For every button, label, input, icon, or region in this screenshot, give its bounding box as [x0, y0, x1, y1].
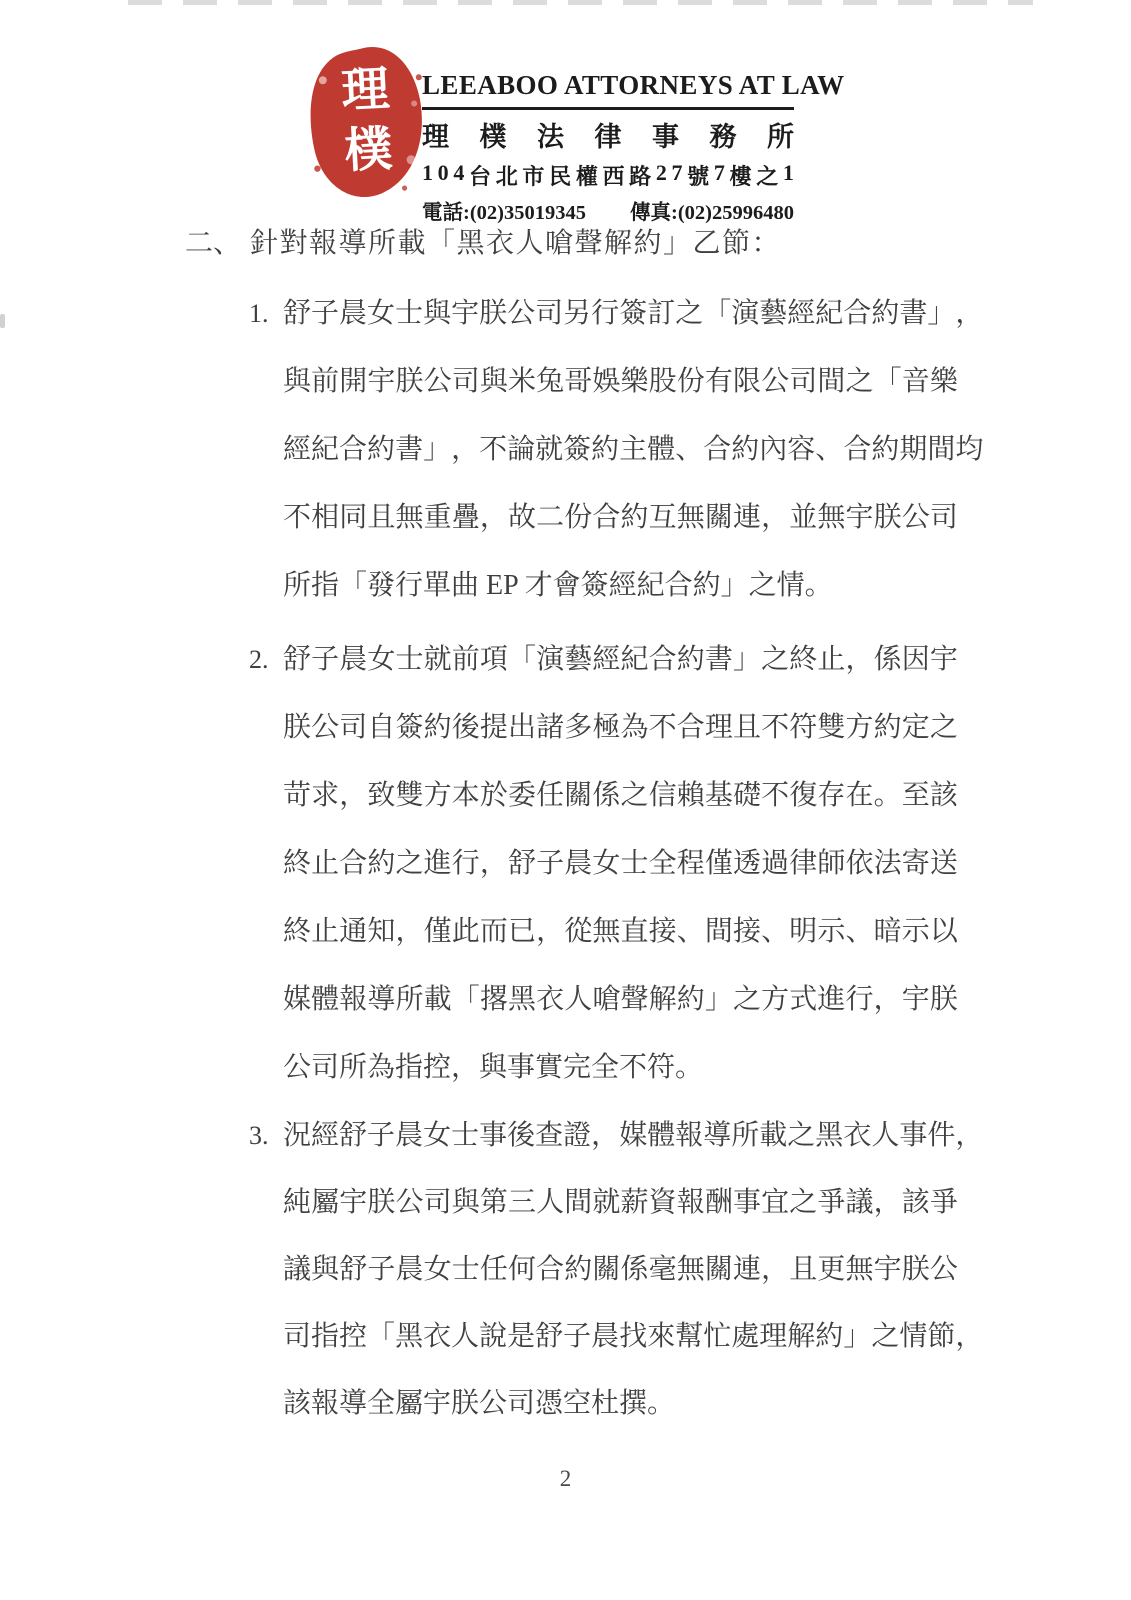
section-title: 針對報導所載「黑衣人嗆聲解約」乙節： — [250, 228, 781, 259]
page-number: 2 — [0, 1466, 1131, 1492]
letterhead-rule — [422, 107, 794, 110]
list-item-2: 2. 舒子晨女士就前項「演藝經紀合約書」之終止，係因宇 朕公司自簽約後提出諸多極… — [283, 626, 958, 1102]
text-line: 朕公司自簽約後提出諸多極為不合理且不符雙方約定之 — [283, 694, 958, 762]
text-line: 終止通知，僅此而已，從無直接、間接、明示、暗示以 — [283, 898, 958, 966]
firm-name-zh: 理樸法律事務所 — [422, 115, 794, 154]
list-item-3: 3. 況經舒子晨女士事後查證，媒體報導所載之黑衣人事件， 純屬宇朕公司與第三人間… — [283, 1102, 958, 1437]
item-number: 3. — [249, 1102, 269, 1169]
section-number: 二、 — [185, 214, 250, 274]
firm-name-en: LEEABOO ATTORNEYS AT LAW — [422, 70, 794, 101]
text-line: 苛求，致雙方本於委任關係之信賴基礎不復存在。至該 — [283, 762, 958, 830]
document-page: 理 樸 LEEABOO ATTORNEYS AT LAW 理樸法律事務所 104… — [0, 0, 1131, 1600]
firm-address: 104台北市民權西路27號7樓之1 — [422, 160, 794, 191]
text-line: 該報導全屬宇朕公司憑空杜撰。 — [283, 1370, 958, 1437]
letterhead-text: LEEABOO ATTORNEYS AT LAW 理樸法律事務所 104台北市民… — [422, 70, 794, 225]
text-line: 媒體報導所載「撂黑衣人嗆聲解約」之方式進行，宇朕 — [283, 966, 958, 1034]
text-line: 不相同且無重疊，故二份合約互無關連，並無宇朕公司 — [283, 484, 958, 552]
text-line: 經紀合約書」，不論就簽約主體、合約內容、合約期間均 — [283, 416, 958, 484]
text-line: 公司所為指控，與事實完全不符。 — [283, 1034, 958, 1102]
text-line: 終止合約之進行，舒子晨女士全程僅透過律師依法寄送 — [283, 830, 958, 898]
seal-char-top: 理 — [340, 63, 391, 118]
text-line: 況經舒子晨女士事後查證，媒體報導所載之黑衣人事件， — [283, 1102, 958, 1169]
text-line: 與前開宇朕公司與米兔哥娛樂股份有限公司間之「音樂 — [283, 348, 958, 416]
text-line: 舒子晨女士就前項「演藝經紀合約書」之終止，係因宇 — [283, 626, 958, 694]
scan-artifact-left — [0, 314, 5, 328]
seal-char-bottom: 樸 — [343, 123, 394, 178]
text-line: 司指控「黑衣人說是舒子晨找來幫忙處理解約」之情節， — [283, 1303, 958, 1370]
list-item-1: 1. 舒子晨女士與宇朕公司另行簽訂之「演藝經紀合約書」， 與前開宇朕公司與米兔哥… — [283, 280, 958, 620]
section-heading: 二、針對報導所載「黑衣人嗆聲解約」乙節： — [185, 214, 781, 274]
text-line: 舒子晨女士與宇朕公司另行簽訂之「演藝經紀合約書」， — [283, 280, 958, 348]
item-number: 1. — [249, 280, 269, 348]
firm-seal-icon: 理 樸 — [303, 42, 431, 200]
text-line: 議與舒子晨女士任何合約關係毫無關連，且更無宇朕公 — [283, 1236, 958, 1303]
scan-artifact-top — [128, 0, 1033, 5]
text-line: 所指「發行單曲 EP 才會簽經紀合約」之情。 — [283, 552, 958, 620]
item-number: 2. — [249, 626, 269, 694]
text-line: 純屬宇朕公司與第三人間就薪資報酬事宜之爭議，該爭 — [283, 1169, 958, 1236]
